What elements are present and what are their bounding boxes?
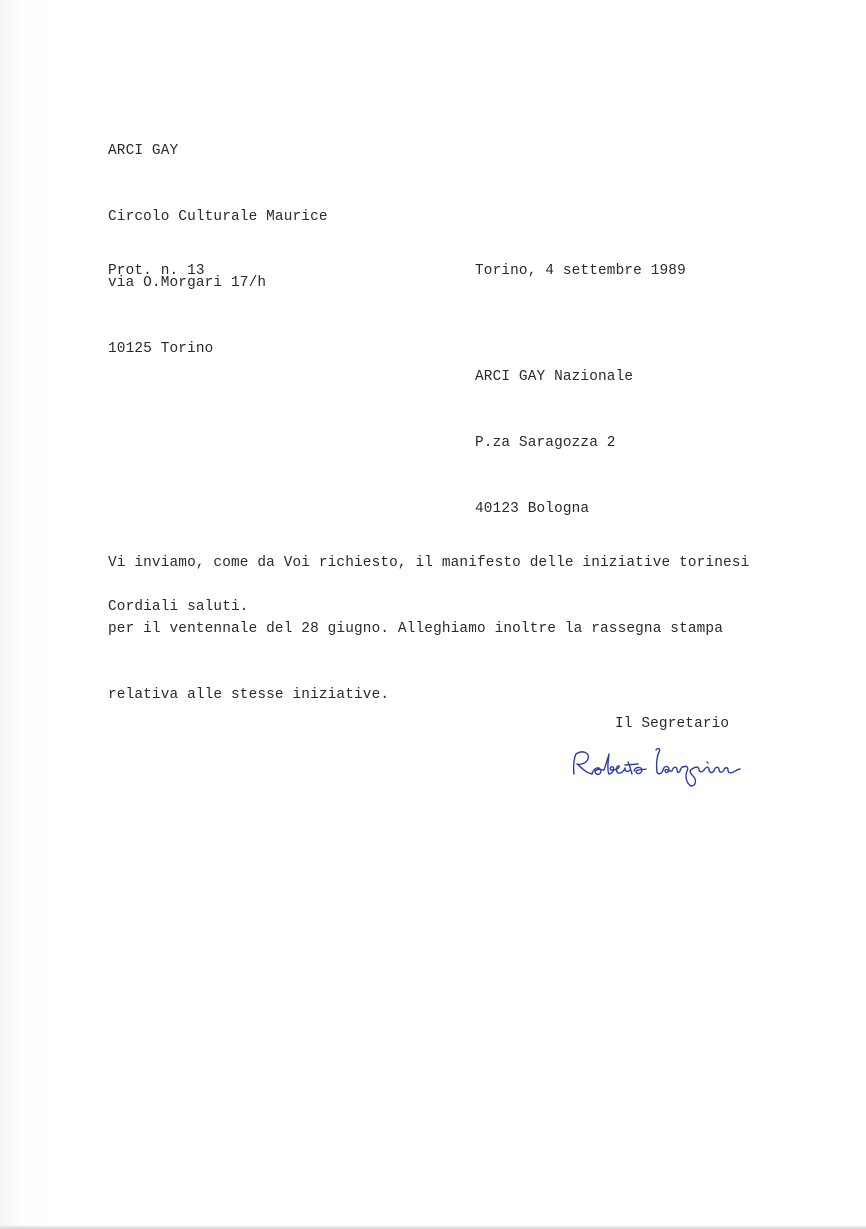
signatory-role: Il Segretario — [615, 713, 729, 735]
letter-date: Torino, 4 settembre 1989 — [475, 260, 686, 282]
sender-address: ARCI GAY Circolo Culturale Maurice via O… — [108, 96, 328, 404]
body-line: relativa alle stesse iniziative. — [108, 684, 749, 706]
sender-line: ARCI GAY — [108, 140, 328, 162]
closing-salutation: Cordiali saluti. — [108, 596, 249, 618]
letter-page: ARCI GAY Circolo Culturale Maurice via O… — [0, 0, 866, 1229]
sender-line: Circolo Culturale Maurice — [108, 206, 328, 228]
recipient-line: ARCI GAY Nazionale — [475, 366, 633, 388]
sender-line: 10125 Torino — [108, 338, 328, 360]
protocol-number: Prot. n. 13 — [108, 260, 205, 282]
recipient-line: P.za Saragozza 2 — [475, 432, 633, 454]
body-line: per il ventennale del 28 giugno. Alleghi… — [108, 618, 749, 640]
handwritten-signature — [568, 740, 778, 790]
body-line: Vi inviamo, come da Voi richiesto, il ma… — [108, 552, 749, 574]
